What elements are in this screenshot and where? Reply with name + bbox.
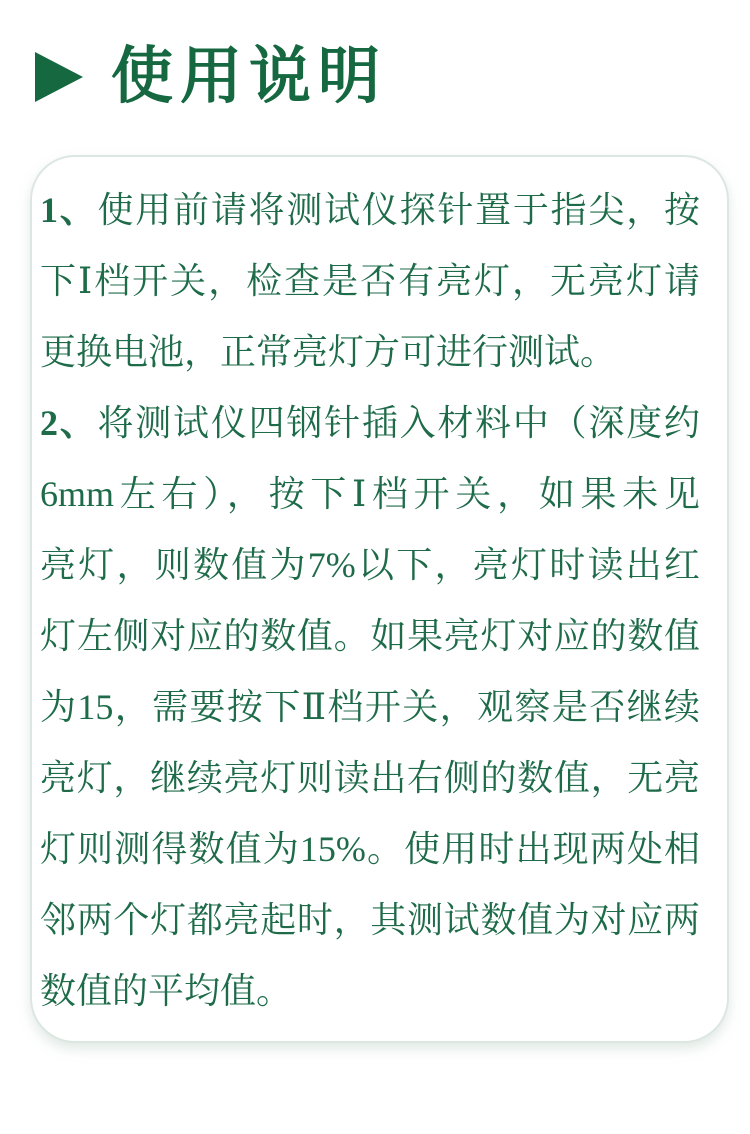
text-line: 灯左侧对应的数值。如果亮灯对应的数值 <box>40 601 700 672</box>
text-line-content: 将测试仪四钢针插入材料中（深度约 <box>98 403 700 443</box>
instruction-paragraph-2: 2、将测试仪四钢针插入材料中（深度约 6mm左右），按下Ⅰ档开关，如果未见 亮灯… <box>40 388 727 1027</box>
text-line: 数值的平均值。 <box>40 956 700 1027</box>
instruction-paragraph-1: 1、使用前请将测试仪探针置于指尖，按 下Ⅰ档开关，检查是否有亮灯，无亮灯请 更换… <box>40 175 727 388</box>
text-line: 2、将测试仪四钢针插入材料中（深度约 <box>40 388 700 459</box>
text-line-content: 使用前请将测试仪探针置于指尖，按 <box>98 190 700 230</box>
text-line: 灯则测得数值为15%。使用时出现两处相 <box>40 814 700 885</box>
section-header: 使用说明 <box>35 40 750 114</box>
text-line: 更换电池，正常亮灯方可进行测试。 <box>40 317 700 388</box>
instructions-card: 1、使用前请将测试仪探针置于指尖，按 下Ⅰ档开关，检查是否有亮灯，无亮灯请 更换… <box>30 155 729 1043</box>
text-line: 亮灯，则数值为7%以下，亮灯时读出红 <box>40 530 700 601</box>
text-line: 下Ⅰ档开关，检查是否有亮灯，无亮灯请 <box>40 246 700 317</box>
paragraph-number: 2、 <box>40 403 98 443</box>
text-line: 为15，需要按下Ⅱ档开关，观察是否继续 <box>40 672 700 743</box>
text-line: 邻两个灯都亮起时，其测试数值为对应两 <box>40 885 700 956</box>
text-line: 亮灯，继续亮灯则读出右侧的数值，无亮 <box>40 743 700 814</box>
right-triangle-icon <box>35 52 83 102</box>
paragraph-number: 1、 <box>40 190 98 230</box>
text-line: 1、使用前请将测试仪探针置于指尖，按 <box>40 175 700 246</box>
page-title: 使用说明 <box>111 40 387 114</box>
text-line: 6mm左右），按下Ⅰ档开关，如果未见 <box>40 459 700 530</box>
